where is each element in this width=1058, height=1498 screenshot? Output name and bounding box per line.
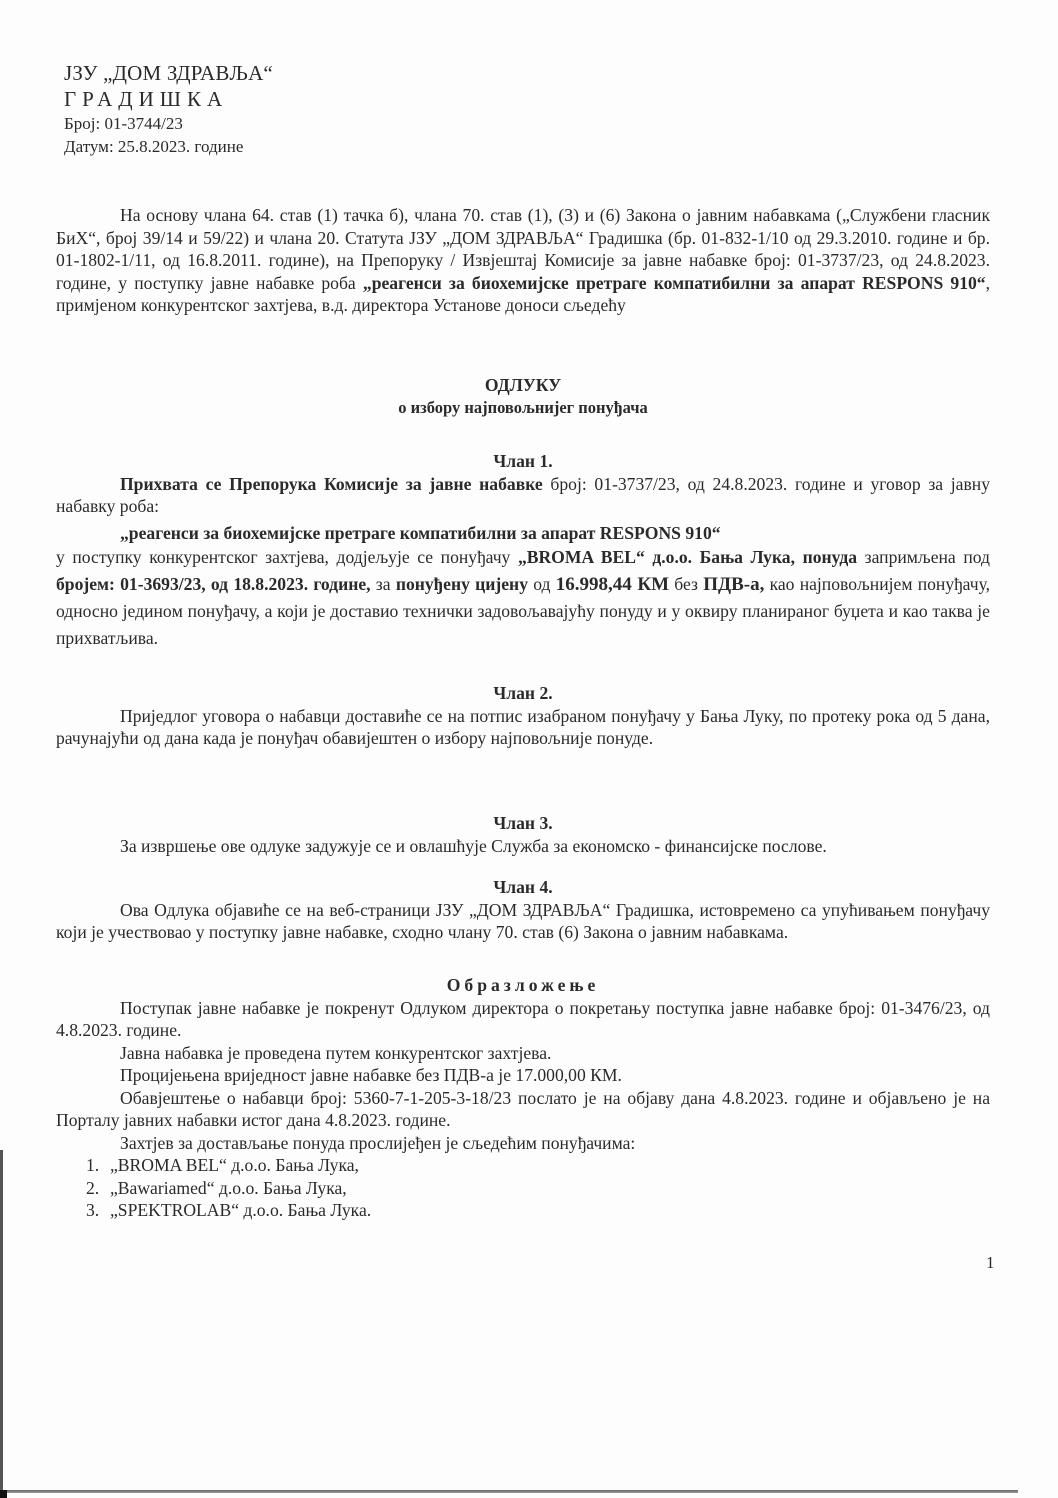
article-text: Ова Одлука објавиће се на веб-страници Ј… xyxy=(56,899,990,944)
bidder-item: 2.„Bawariamed“ д.о.о. Бања Лука, xyxy=(56,1177,990,1200)
document-number: Број: 01-3744/23 xyxy=(64,112,273,135)
document-page: ЈЗУ „ДОМ ЗДРАВЉА“ ГРАДИШКА Број: 01-3744… xyxy=(0,0,1058,1498)
scan-corner-mark xyxy=(0,1490,7,1498)
bidder-name: „BROMA BEL“ д.о.о. Бања Лука, xyxy=(110,1154,359,1177)
bidder-item: 3.„SPEKTROLAB“ д.о.о. Бања Лука. xyxy=(56,1199,990,1222)
reasoning-paragraph: Захтјев за достављање понуда прослијеђен… xyxy=(56,1132,990,1155)
article-heading: Члан 3. xyxy=(56,812,990,835)
offered-price-label: понуђену цијену xyxy=(396,574,528,594)
decision-title: ОДЛУКУ xyxy=(56,374,990,397)
offered-price: 16.998,44 КМ xyxy=(556,574,669,595)
article-3: Члан 3. За извршење ове одлуке задужује … xyxy=(56,812,990,857)
article-4: Члан 4. Ова Одлука објавиће се на веб-ст… xyxy=(56,876,990,944)
article-heading: Члан 1. xyxy=(56,450,990,473)
scan-edge-left xyxy=(0,1150,3,1498)
list-number: 2. xyxy=(86,1177,99,1200)
selected-bidder: „BROMA BEL“ д.о.о. Бања Лука, понуда xyxy=(518,547,857,567)
bidders-list: 1.„BROMA BEL“ д.о.о. Бања Лука, 2.„Bawar… xyxy=(56,1154,990,1222)
bidder-item: 1.„BROMA BEL“ д.о.о. Бања Лука, xyxy=(56,1154,990,1177)
article-text: Приједлог уговора о набавци доставиће се… xyxy=(56,705,990,750)
offer-number: бројем: 01-3693/23, од 18.8.2023. године… xyxy=(56,574,371,594)
text: без xyxy=(669,574,703,594)
page-number: 1 xyxy=(986,1253,995,1273)
reasoning-section: Образложење Поступак јавне набавке је по… xyxy=(56,974,990,1222)
reasoning-paragraph: Поступак јавне набавке је покренут Одлук… xyxy=(56,997,990,1042)
reasoning-heading: Образложење xyxy=(56,974,990,997)
text: у поступку конкурентског захтјева, додје… xyxy=(56,547,518,567)
procurement-subject: „реагенси за биохемијске претраге компат… xyxy=(363,273,986,293)
text: за xyxy=(371,574,396,594)
reasoning-paragraph: Обавјештење о набавци број: 5360-7-1-205… xyxy=(56,1087,990,1132)
article-1-subject: „реагенси за биохемијске претраге компат… xyxy=(56,522,990,545)
reasoning-paragraph: Јавна набавка је проведена путем конкуре… xyxy=(56,1042,990,1065)
document-header: ЈЗУ „ДОМ ЗДРАВЉА“ ГРАДИШКА Број: 01-3744… xyxy=(64,60,273,158)
text: од xyxy=(528,574,556,594)
decision-title-block: ОДЛУКУ о избору најповољнијег понуђача xyxy=(56,374,990,419)
document-date: Датум: 25.8.2023. године xyxy=(64,135,273,158)
preamble: На основу члана 64. став (1) тачка б), ч… xyxy=(56,204,990,317)
decision-subtitle: о избору најповољнијег понуђача xyxy=(56,397,990,420)
vat-label: ПДВ-а, xyxy=(703,574,764,595)
list-number: 1. xyxy=(86,1154,99,1177)
list-number: 3. xyxy=(86,1199,99,1222)
organization-name: ЈЗУ „ДОМ ЗДРАВЉА“ xyxy=(64,60,273,86)
article-text: За извршење ове одлуке задужује се и овл… xyxy=(56,835,990,858)
reasoning-paragraph: Процијењена вриједност јавне набавке без… xyxy=(56,1064,990,1087)
bidder-name: „SPEKTROLAB“ д.о.о. Бања Лука. xyxy=(110,1199,371,1222)
scan-edge-bottom xyxy=(0,1490,1018,1493)
article-1: Члан 1. Прихвата се Препорука Комисије з… xyxy=(56,450,990,651)
article-2: Члан 2. Приједлог уговора о набавци дост… xyxy=(56,682,990,750)
article-heading: Члан 4. xyxy=(56,876,990,899)
article-heading: Члан 2. xyxy=(56,682,990,705)
bidder-name: „Bawariamed“ д.о.о. Бања Лука, xyxy=(110,1177,347,1200)
text: запримљена под xyxy=(857,547,990,567)
city-name: ГРАДИШКА xyxy=(64,86,273,112)
article-1-bold-lead: Прихвата се Препорука Комисије за јавне … xyxy=(120,474,543,494)
